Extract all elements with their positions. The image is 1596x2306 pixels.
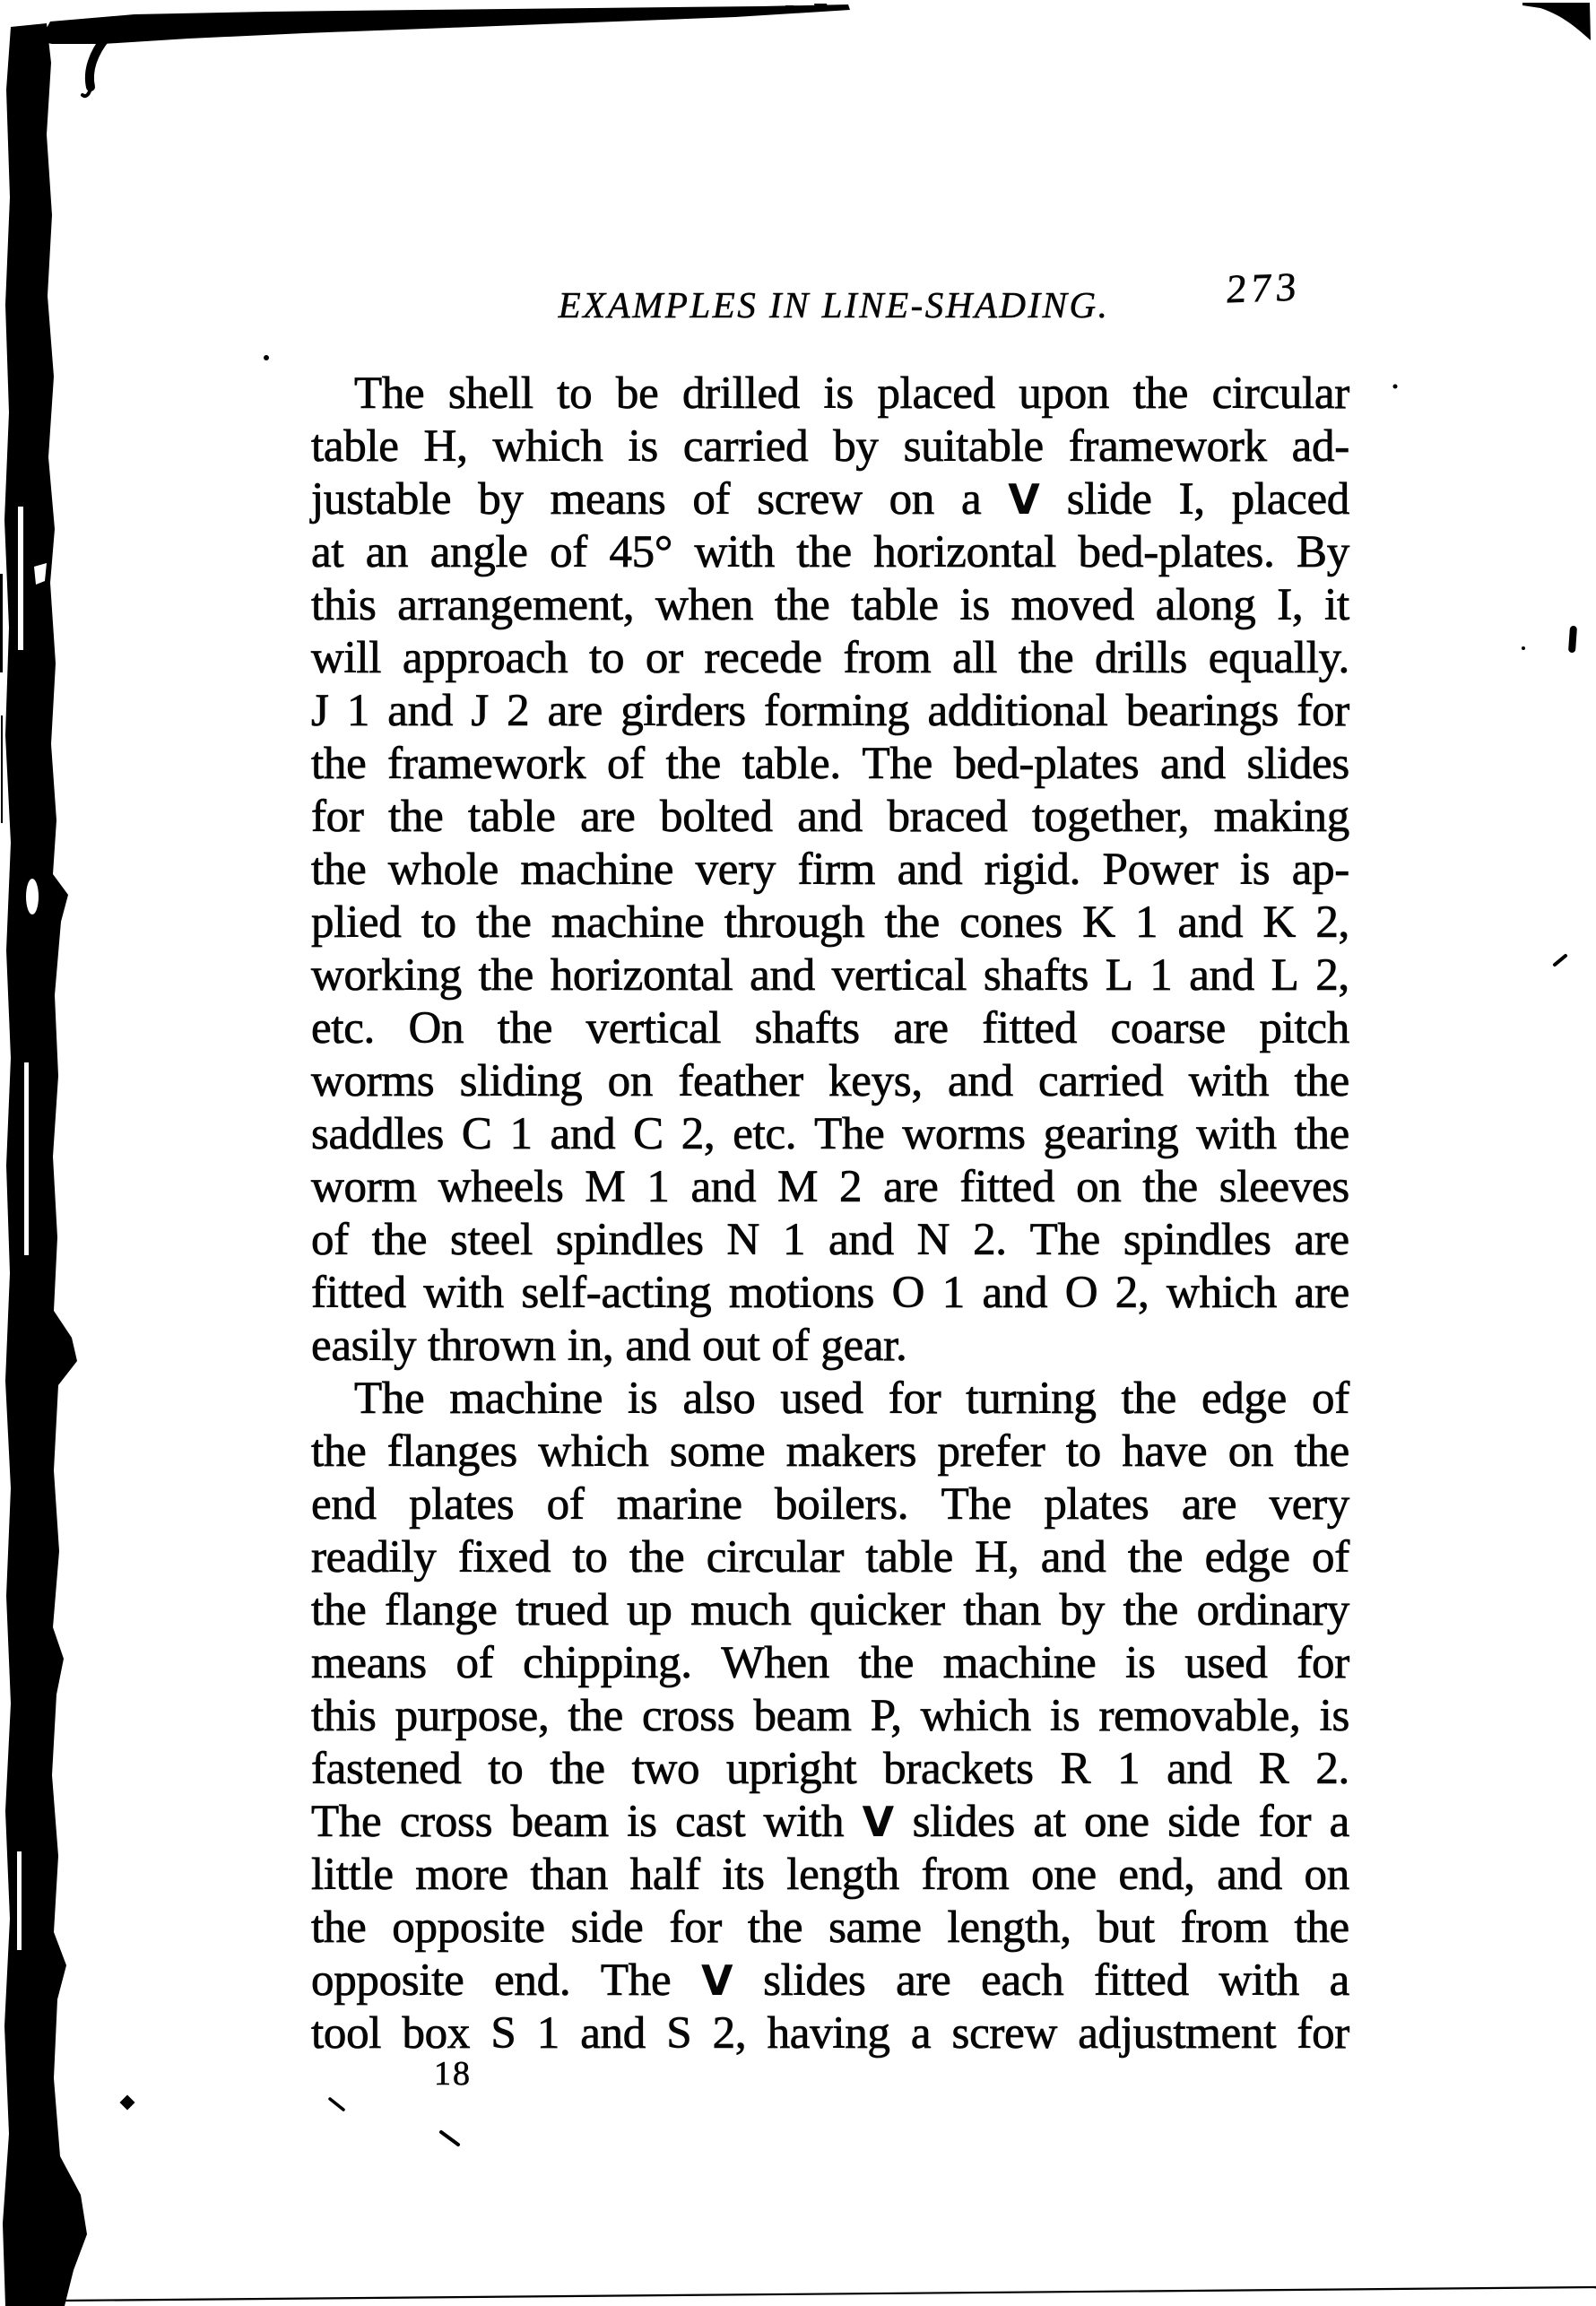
text-line: Theshelltobedrilledisplaceduponthecircul… <box>311 369 1349 422</box>
word: bed-plates <box>954 740 1140 789</box>
word: with <box>1219 1956 1298 2006</box>
word: bolted <box>660 793 773 842</box>
word: is <box>629 422 658 472</box>
text-line: theflangeswhichsomemakersprefertohaveont… <box>311 1427 1349 1480</box>
word: L <box>1271 951 1299 1001</box>
word: up <box>627 1586 672 1635</box>
word: worm <box>311 1163 417 1212</box>
word: is <box>1320 1692 1349 1741</box>
bottom-page-edge-line <box>59 2287 1596 2301</box>
word: by <box>1060 1586 1105 1635</box>
word: circular <box>707 1533 844 1582</box>
word: is <box>1240 845 1270 895</box>
word: the <box>498 1004 552 1053</box>
text-line: theflangetruedupmuchquickerthanbytheordi… <box>311 1586 1349 1639</box>
word: slides <box>913 1798 1015 1847</box>
word: and <box>551 1110 616 1159</box>
word: edge <box>1205 1533 1290 1582</box>
word: horizontal <box>873 528 1056 577</box>
word: having <box>768 2009 890 2059</box>
word: for <box>1297 2009 1349 2059</box>
word: end <box>311 1480 377 1530</box>
word: one <box>1031 1851 1097 1900</box>
word: the <box>1019 634 1073 683</box>
text-line: Themachineisalsousedforturningtheedgeof <box>311 1374 1349 1427</box>
word: 2, <box>1315 951 1349 1001</box>
word: for <box>311 793 364 842</box>
word: the <box>1294 1903 1349 1953</box>
word: P, <box>871 1692 902 1741</box>
word: feather <box>678 1057 802 1106</box>
word: and <box>580 2009 646 2059</box>
word: O <box>1065 1269 1098 1318</box>
word: recede <box>704 634 821 683</box>
binding-highlight <box>18 507 23 650</box>
word: length <box>786 1851 899 1900</box>
word: of <box>311 1216 349 1265</box>
word: equally. <box>1209 634 1349 683</box>
word: the <box>476 898 531 948</box>
word: ap- <box>1292 845 1349 895</box>
word: O <box>892 1269 925 1318</box>
word: opposite <box>392 1903 544 1953</box>
word: 1 <box>347 687 369 736</box>
word: the <box>796 528 851 577</box>
ink-speck <box>264 355 269 360</box>
word: 1 <box>537 2009 559 2059</box>
word: quicker <box>810 1586 945 1635</box>
word: fitted <box>959 1163 1054 1212</box>
word: end. <box>494 1956 570 2006</box>
word: 2 <box>507 687 529 736</box>
top-edge-speck <box>836 6 840 11</box>
word: When <box>721 1639 829 1688</box>
word: means <box>311 1639 427 1688</box>
word: the <box>311 1903 366 1953</box>
word: the <box>311 1586 366 1635</box>
word: ad- <box>1292 422 1349 472</box>
signature-mark: 18 <box>434 2054 472 2094</box>
word: 2, <box>1115 1269 1149 1318</box>
word: to <box>1066 1427 1101 1477</box>
text-line: pliedtothemachinethroughtheconesK1andK2, <box>311 898 1349 951</box>
word: flanges <box>387 1427 517 1477</box>
word: and <box>1217 1851 1282 1900</box>
word: makers <box>786 1427 916 1477</box>
text-line: endplatesofmarineboilers.Theplatesarever… <box>311 1480 1349 1533</box>
word: very <box>1270 1480 1349 1530</box>
word: placed <box>1232 475 1349 524</box>
word: table <box>468 793 556 842</box>
word: are <box>1182 1480 1236 1530</box>
word: which <box>921 1692 1031 1741</box>
word: than <box>530 1851 608 1900</box>
text-line: ofthesteelspindlesN1andN2.Thespindlesare <box>311 1216 1349 1269</box>
word: chipping. <box>523 1639 692 1688</box>
word: placed <box>877 369 994 419</box>
text-line: thispurpose,thecrossbeamP,whichisremovab… <box>311 1692 1349 1745</box>
word: wheels <box>438 1163 564 1212</box>
word: each <box>981 1956 1063 2006</box>
word: for <box>1297 1639 1349 1688</box>
binding-highlight <box>24 1062 29 1255</box>
word: an <box>366 528 409 577</box>
word: and <box>982 1269 1047 1318</box>
ink-speck <box>1393 385 1398 389</box>
text-line: ThecrossbeamiscastwithVslidesatonesidefo… <box>311 1798 1349 1851</box>
word: one <box>1084 1798 1149 1847</box>
binding-fiber <box>1 715 3 823</box>
word: purpose, <box>395 1692 550 1741</box>
word: at <box>311 528 343 577</box>
word: steel <box>450 1216 533 1265</box>
word: sleeves <box>1219 1163 1349 1212</box>
word: when <box>655 581 753 630</box>
word: and <box>690 1163 756 1212</box>
word: table. <box>742 740 841 789</box>
word: two <box>632 1745 700 1794</box>
word: V <box>1008 475 1040 524</box>
word: very <box>696 845 776 895</box>
word: self-acting <box>521 1269 711 1318</box>
text-line: readilyfixedtothecirculartableH,andtheed… <box>311 1533 1349 1586</box>
word: the <box>311 740 366 789</box>
word: 1 <box>1117 1745 1140 1794</box>
word: length, <box>948 1903 1071 1953</box>
word: V <box>701 1956 733 2006</box>
word: 1 <box>783 1216 805 1265</box>
binding-highlight <box>17 1851 22 1950</box>
word: upon <box>1019 369 1109 419</box>
ink-speck <box>1568 626 1577 653</box>
text-line: atanangleof45°withthehorizontalbed-plate… <box>311 528 1349 581</box>
word: framework <box>387 740 585 789</box>
word: gear. <box>820 1322 906 1371</box>
word: rigid. <box>984 845 1080 895</box>
word: carried <box>683 422 808 472</box>
word: with <box>1196 1110 1276 1159</box>
word: J <box>471 687 489 736</box>
text-line: theoppositesideforthesamelength,butfromt… <box>311 1903 1349 1956</box>
word: whole <box>388 845 499 895</box>
word: L <box>1106 951 1133 1001</box>
word: readily <box>311 1533 437 1582</box>
text-line: thisarrangement,whenthetableismovedalong… <box>311 581 1349 634</box>
word: pitch <box>1259 1004 1349 1053</box>
word: S <box>666 2009 691 2059</box>
word: the <box>885 898 940 948</box>
word: machine <box>943 1639 1097 1688</box>
word: N <box>727 1216 760 1265</box>
word: the <box>1142 1163 1197 1212</box>
word: are <box>1295 1216 1349 1265</box>
word: 2 <box>839 1163 862 1212</box>
word: a <box>911 2009 931 2059</box>
word: of <box>692 475 730 524</box>
word: machine <box>520 845 673 895</box>
word: 2, <box>1315 898 1349 948</box>
word: N <box>917 1216 950 1265</box>
text-line: etc.Ontheverticalshaftsarefittedcoarsepi… <box>311 1004 1349 1057</box>
word: from <box>1181 1903 1269 1953</box>
top-edge-speck <box>785 5 794 12</box>
word: along <box>1156 581 1256 630</box>
word: motions <box>729 1269 874 1318</box>
word: of <box>1312 1374 1349 1424</box>
word: adjustment <box>1078 2009 1276 2059</box>
word: boilers. <box>775 1480 908 1530</box>
text-block: Theshelltobedrilledisplaceduponthecircul… <box>311 369 1349 2062</box>
word: additional <box>928 687 1108 736</box>
word: also <box>682 1374 755 1424</box>
word: of <box>456 1639 494 1688</box>
word: the <box>1295 1110 1349 1159</box>
word: of <box>1312 1533 1349 1582</box>
word: is <box>1125 1639 1155 1688</box>
word: The <box>863 740 932 789</box>
word: a <box>961 475 981 524</box>
word: trued <box>516 1586 608 1635</box>
word: thrown <box>428 1322 556 1371</box>
word: are <box>548 687 603 736</box>
word: which <box>492 422 603 472</box>
word: plates <box>1044 1480 1149 1530</box>
text-line: saddlesC1andC2,etc.Thewormsgearingwithth… <box>311 1110 1349 1163</box>
word: it <box>1324 581 1349 630</box>
word: is <box>628 1374 657 1424</box>
word: upright <box>726 1745 856 1794</box>
word: girders <box>620 687 746 736</box>
text-line: justablebymeansofscrewonaVslideI,placed <box>311 475 1349 528</box>
word: from <box>922 1851 1010 1900</box>
word: C <box>633 1110 664 1159</box>
word: forming <box>764 687 909 736</box>
word: the <box>372 1216 427 1265</box>
word: shafts <box>755 1004 860 1053</box>
word: to <box>589 634 624 683</box>
word: bed-plates. <box>1079 528 1275 577</box>
word: circular <box>1212 369 1349 419</box>
word: the <box>1122 1374 1176 1424</box>
word: table <box>865 1533 953 1582</box>
word: the <box>666 740 721 789</box>
word: to <box>557 369 592 419</box>
binding-notch <box>34 563 47 585</box>
word: side <box>571 1903 644 1953</box>
word: the <box>748 1903 802 1953</box>
word: the <box>1128 1533 1183 1582</box>
pen-tick <box>441 2132 458 2145</box>
word: shell <box>448 369 533 419</box>
word: 1 <box>646 1163 669 1212</box>
word: screw <box>757 475 862 524</box>
ink-speck-diamond <box>120 2095 135 2111</box>
word: 2, <box>681 1110 716 1159</box>
word: the <box>1123 1586 1178 1635</box>
word: little <box>311 1851 394 1900</box>
word: etc. <box>733 1110 796 1159</box>
word: removable, <box>1099 1692 1301 1741</box>
word: and <box>797 793 863 842</box>
word: C <box>462 1110 492 1159</box>
word: with <box>423 1269 503 1318</box>
word: machine <box>551 898 705 948</box>
word: for <box>1259 1798 1312 1847</box>
word: framework <box>1069 422 1267 472</box>
word: for <box>889 1374 941 1424</box>
word: are <box>893 1004 948 1053</box>
word: for <box>1297 687 1349 736</box>
word: marine <box>617 1480 742 1530</box>
word: moved <box>1011 581 1134 630</box>
word: through <box>724 898 865 948</box>
scanned-book-page: EXAMPLES IN LINE-SHADING. 273 Theshellto… <box>0 0 1596 2306</box>
word: are <box>1295 1269 1349 1318</box>
word: drilled <box>682 369 800 419</box>
word: is <box>1050 1692 1080 1741</box>
word: the <box>1295 1427 1349 1477</box>
word: M <box>585 1163 625 1212</box>
word: of <box>607 740 645 789</box>
word: the <box>1295 1057 1349 1106</box>
word: saddles <box>311 1110 444 1159</box>
word: much <box>690 1586 791 1635</box>
word: S <box>490 2009 516 2059</box>
word: 1 <box>1149 951 1172 1001</box>
word: V <box>863 1798 895 1847</box>
handwritten-pen-stroke-tail <box>82 87 91 96</box>
word: on <box>1305 1851 1349 1900</box>
word: slides <box>1247 740 1349 789</box>
word: On <box>409 1004 464 1053</box>
word: opposite <box>311 1956 464 2006</box>
word: are <box>896 1956 950 2006</box>
word: to <box>421 898 456 948</box>
word: and <box>898 845 963 895</box>
word: this <box>311 581 377 630</box>
handwritten-pen-stroke <box>90 37 107 87</box>
word: in, <box>568 1322 614 1371</box>
word: The <box>354 369 424 419</box>
word: from <box>843 634 931 683</box>
word: horizontal <box>551 951 733 1001</box>
pen-tick <box>330 2099 343 2110</box>
word: end, <box>1118 1851 1194 1900</box>
word: is <box>824 369 854 419</box>
word: means <box>551 475 666 524</box>
page-number: 273 <box>1225 264 1302 313</box>
word: spindles <box>1123 1216 1271 1265</box>
word: than <box>963 1586 1041 1635</box>
word: The <box>941 1480 1011 1530</box>
word: fitted <box>982 1004 1077 1053</box>
word: the <box>775 581 829 630</box>
word: spindles <box>556 1216 704 1265</box>
word: worms <box>311 1057 434 1106</box>
text-line: wormwheelsM1andM2arefittedonthesleeves <box>311 1163 1349 1216</box>
word: box <box>402 2009 470 2059</box>
word: M <box>777 1163 818 1212</box>
word: The <box>354 1374 424 1424</box>
word: arrangement, <box>397 581 634 630</box>
word: vertical <box>586 1004 722 1053</box>
word: screw <box>952 2009 1057 2059</box>
word: table <box>851 581 939 630</box>
word: The <box>311 1798 381 1847</box>
word: coarse <box>1111 1004 1226 1053</box>
word: etc. <box>311 1004 375 1053</box>
word: slide <box>1067 475 1152 524</box>
word: the <box>311 1427 366 1477</box>
word: and <box>948 1057 1013 1106</box>
word: table <box>311 422 399 472</box>
word: all <box>952 634 997 683</box>
word: K <box>1263 898 1297 948</box>
word: J <box>311 687 329 736</box>
word: angle <box>430 528 528 577</box>
word: same <box>828 1903 922 1953</box>
word: bearings <box>1126 687 1279 736</box>
word: are <box>883 1163 938 1212</box>
word: on <box>608 1057 653 1106</box>
word: with <box>764 1798 844 1847</box>
text-line: theframeworkofthetable.Thebed-platesands… <box>311 740 1349 793</box>
word: brackets <box>883 1745 1034 1794</box>
word: plates <box>409 1480 514 1530</box>
word: on <box>1228 1427 1273 1477</box>
word: its <box>722 1851 764 1900</box>
word: and <box>1160 740 1226 789</box>
word: gearing <box>1044 1110 1179 1159</box>
word: and <box>750 951 815 1001</box>
word: and <box>1189 951 1254 1001</box>
text-line: meansofchipping.Whenthemachineisusedfor <box>311 1639 1349 1692</box>
word: half <box>630 1851 700 1900</box>
word: and <box>387 687 453 736</box>
text-line: easilythrownin,andoutofgear. <box>311 1322 1349 1374</box>
binding-fiber <box>0 574 3 672</box>
word: a <box>1330 1956 1349 2006</box>
word: the <box>479 951 533 1001</box>
word: H, <box>975 1533 1019 1582</box>
word: I, <box>1277 581 1303 630</box>
word: working <box>311 951 462 1001</box>
word: machine <box>449 1374 603 1424</box>
text-line: tableH,whichiscarriedbysuitableframework… <box>311 422 1349 475</box>
word: fitted <box>311 1269 406 1318</box>
left-binding-shadow <box>3 23 87 2306</box>
word: with <box>694 528 774 577</box>
word: slides <box>763 1956 865 2006</box>
word: with <box>1189 1057 1269 1106</box>
word: more <box>415 1851 508 1900</box>
running-head: EXAMPLES IN LINE-SHADING. <box>386 283 1282 326</box>
word: shafts <box>984 951 1089 1001</box>
word: which <box>538 1427 648 1477</box>
word: a <box>1330 1798 1349 1847</box>
word: the <box>311 845 366 895</box>
text-line: fittedwithself-actingmotionsO1andO2,whic… <box>311 1269 1349 1322</box>
word: on <box>889 475 934 524</box>
text-line: fastenedtothetwouprightbracketsR1andR2. <box>311 1745 1349 1798</box>
word: beam <box>511 1798 609 1847</box>
word: will <box>311 634 381 683</box>
word: at <box>1033 1798 1065 1847</box>
word: carried <box>1038 1057 1163 1106</box>
word: 2, <box>713 2009 747 2059</box>
word: the <box>388 793 443 842</box>
text-line: littlemorethanhalfitslengthfromoneend,an… <box>311 1851 1349 1903</box>
